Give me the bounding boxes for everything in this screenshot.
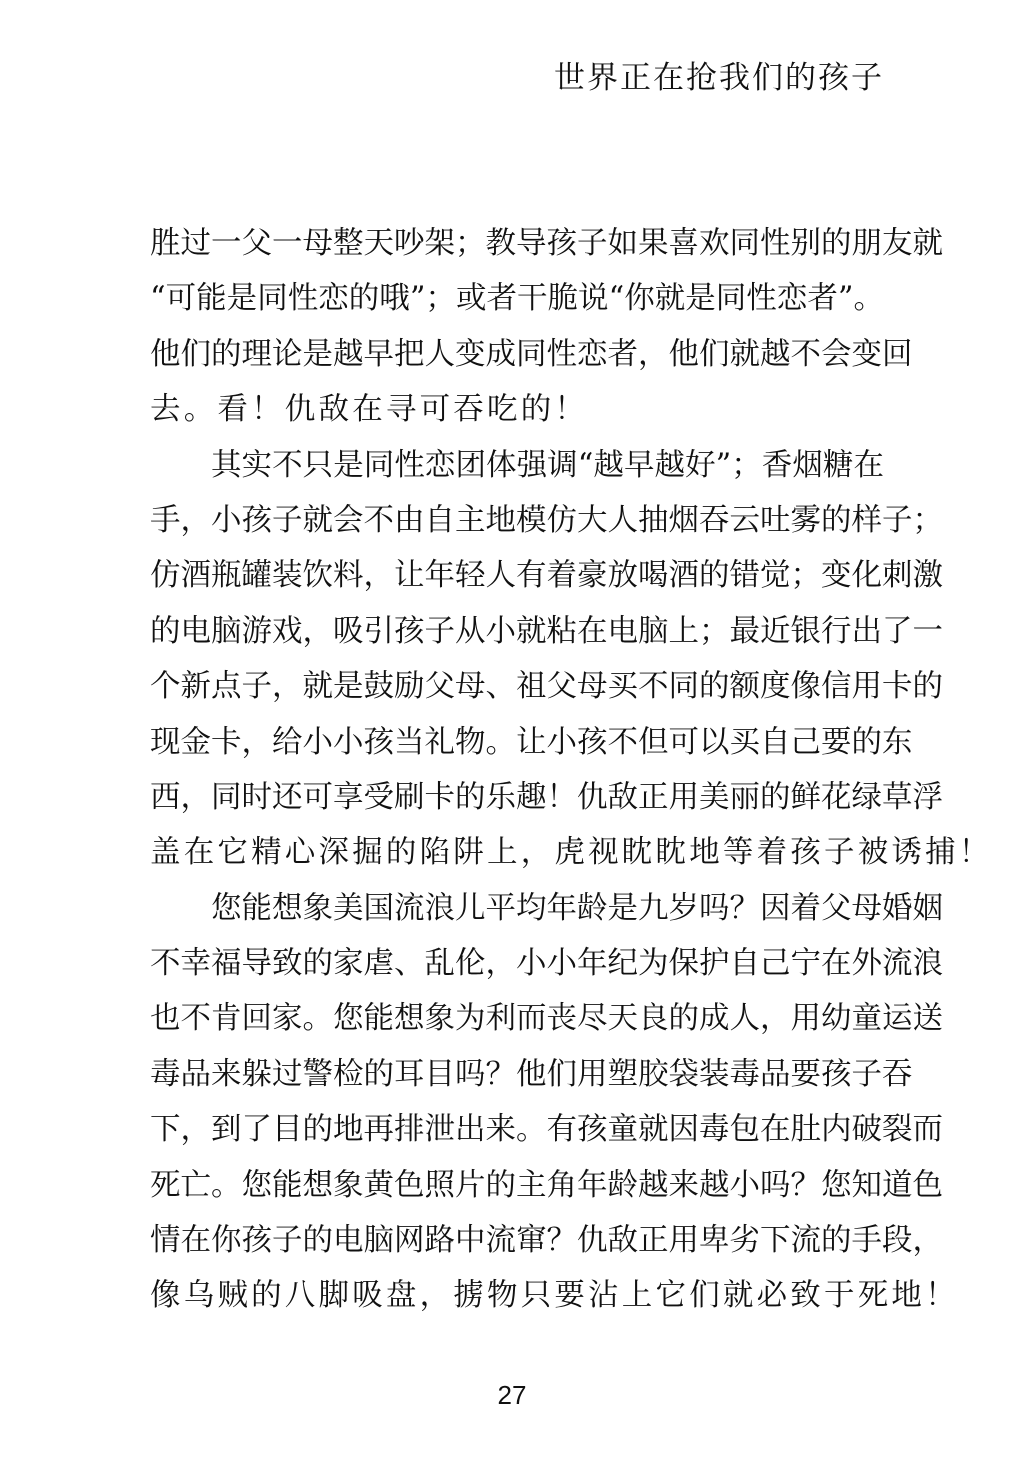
text-line-paragraph-end: 像乌贼的八脚吸盘，掳物只要沾上它们就必致于死地！ [150,1274,884,1329]
text-line: 个新点子，就是鼓励父母、祖父母买不同的额度像信用卡的 [150,665,884,720]
text-line-paragraph-start: 您能想象美国流浪儿平均年龄是九岁吗？因着父母婚姻 [150,887,884,942]
text-line: 手，小孩子就会不由自主地模仿大人抽烟吞云吐雾的样子； [150,499,884,554]
text-line: 的电脑游戏，吸引孩子从小就粘在电脑上；最近银行出了一 [150,610,884,665]
text-line: 西，同时还可享受刷卡的乐趣！仇敌正用美丽的鲜花绿草浮 [150,776,884,831]
text-line: 仿酒瓶罐装饮料，让年轻人有着豪放喝酒的错觉；变化刺激 [150,554,884,609]
text-line: “可能是同性恋的哦”；或者干脆说“你就是同性恋者”。 [150,277,884,332]
text-line: 下，到了目的地再排泄出来。有孩童就因毒包在肚内破裂而 [150,1108,884,1163]
running-header-title: 世界正在抢我们的孩子 [554,58,884,98]
text-line-paragraph-start: 其实不只是同性恋团体强调“越早越好”；香烟糖在 [150,444,884,499]
text-line: 不幸福导致的家虐、乱伦，小小年纪为保护自己宁在外流浪 [150,942,884,997]
text-line: 胜过一父一母整天吵架；教导孩子如果喜欢同性别的朋友就 [150,222,884,277]
text-line: 毒品来躲过警检的耳目吗？他们用塑胶袋装毒品要孩子吞 [150,1053,884,1108]
body-text: 胜过一父一母整天吵架；教导孩子如果喜欢同性别的朋友就 “可能是同性恋的哦”；或者… [150,222,884,1330]
text-line-paragraph-end: 盖在它精心深掘的陷阱上，虎视眈眈地等着孩子被诱捕！ [150,831,884,886]
page-number: 27 [0,1380,1024,1410]
text-line: 情在你孩子的电脑网路中流窜？仇敌正用卑劣下流的手段， [150,1219,884,1274]
text-line: 死亡。您能想象黄色照片的主角年龄越来越小吗？您知道色 [150,1164,884,1219]
text-line: 他们的理论是越早把人变成同性恋者，他们就越不会变回 [150,333,884,388]
text-line: 现金卡，给小小孩当礼物。让小孩不但可以买自己要的东 [150,721,884,776]
text-line: 也不肯回家。您能想象为利而丧尽天良的成人，用幼童运送 [150,997,884,1052]
text-line-paragraph-end: 去。看！仇敌在寻可吞吃的！ [150,388,884,443]
